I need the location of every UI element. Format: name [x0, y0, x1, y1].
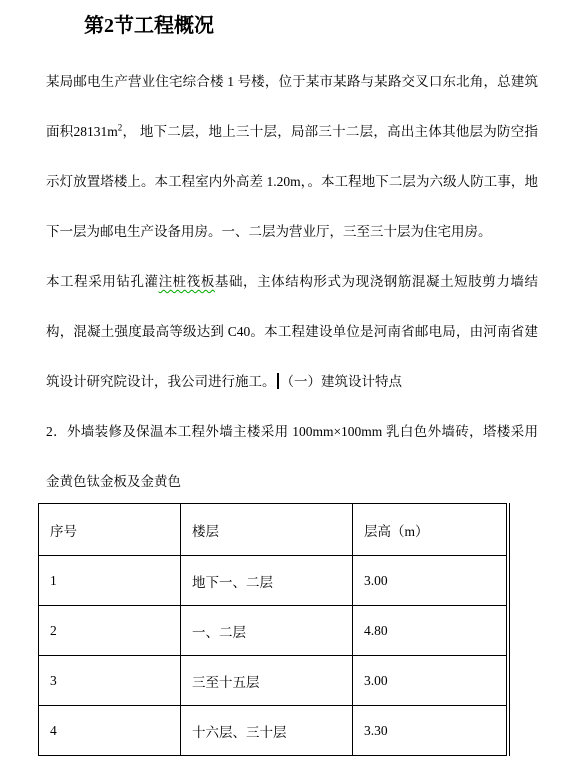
table-row-4: 4十六层、三十层3.30: [39, 706, 508, 756]
table-cell-r2-c3[interactable]: 4.80: [353, 606, 508, 656]
table-cell-r4-c2[interactable]: 十六层、三十层: [181, 706, 353, 756]
table-header-row: 序号楼层层高（m）: [39, 504, 508, 556]
table-cell-r2-c2[interactable]: 一、二层: [181, 606, 353, 656]
table-header-cell-1[interactable]: 序号: [39, 504, 181, 556]
document-body[interactable]: 某局邮电生产营业住宅综合楼 1 号楼，位于某市某路与某路交叉口东北角，总建筑面积…: [46, 57, 538, 507]
table-cell-r1-c2[interactable]: 地下一、二层: [181, 556, 353, 606]
section-title: 第2节工程概况: [84, 14, 214, 38]
table-row-2: 2一、二层4.80: [39, 606, 508, 656]
table-cell-r1-c3[interactable]: 3.00: [353, 556, 508, 606]
paragraph-2[interactable]: 本工程采用钻孔灌注桩筏板基础，主体结构形式为现浇钢筋混凝土短肢剪力墙结构，混凝土…: [46, 257, 538, 407]
text-run: （一）建筑设计特点: [281, 374, 403, 389]
table-cell-r3-c2[interactable]: 三至十五层: [181, 656, 353, 706]
table-cell-r1-c1[interactable]: 1: [39, 556, 181, 606]
table-cell-r3-c1[interactable]: 3: [39, 656, 181, 706]
table-cell-r4-c3[interactable]: 3.30: [353, 706, 508, 756]
table-row-1: 1地下一、二层3.00: [39, 556, 508, 606]
table-header-cell-2[interactable]: 楼层: [181, 504, 353, 556]
paragraph-3[interactable]: 2．外墙装修及保温本工程外墙主楼采用 100mm×100mm 乳白色外墙砖，塔楼…: [46, 407, 538, 507]
table-cell-r4-c1[interactable]: 4: [39, 706, 181, 756]
document-page[interactable]: 第2节工程概况 某局邮电生产营业住宅综合楼 1 号楼，位于某市某路与某路交叉口东…: [0, 0, 581, 762]
floor-height-table: 序号楼层层高（m） 1地下一、二层3.002一、二层4.803三至十五层3.00…: [38, 503, 510, 756]
paragraph-1[interactable]: 某局邮电生产营业住宅综合楼 1 号楼，位于某市某路与某路交叉口东北角，总建筑面积…: [46, 57, 538, 257]
text-run: ， 地下二层，地上三十层，局部三十二层，高出主体其他层为防空指示灯放置塔楼上。本…: [46, 124, 538, 239]
text-run: 2．外墙装修及保温本工程外墙主楼采用 100mm×100mm 乳白色外墙砖，塔楼…: [46, 424, 538, 489]
table-cell-r2-c1[interactable]: 2: [39, 606, 181, 656]
text-run: 基础，主体结构形式为现浇钢筋混凝土短肢剪力墙结构，混凝土强度最高等级达到 C40…: [46, 274, 538, 389]
text-cursor: [277, 373, 279, 389]
table-cell-r3-c3[interactable]: 3.00: [353, 656, 508, 706]
spellcheck-flagged-text[interactable]: 注桩筏板: [159, 274, 215, 289]
table-header-cell-3[interactable]: 层高（m）: [353, 504, 508, 556]
table-row-3: 3三至十五层3.00: [39, 656, 508, 706]
text-run: 本工程采用钻孔灌: [46, 274, 159, 289]
